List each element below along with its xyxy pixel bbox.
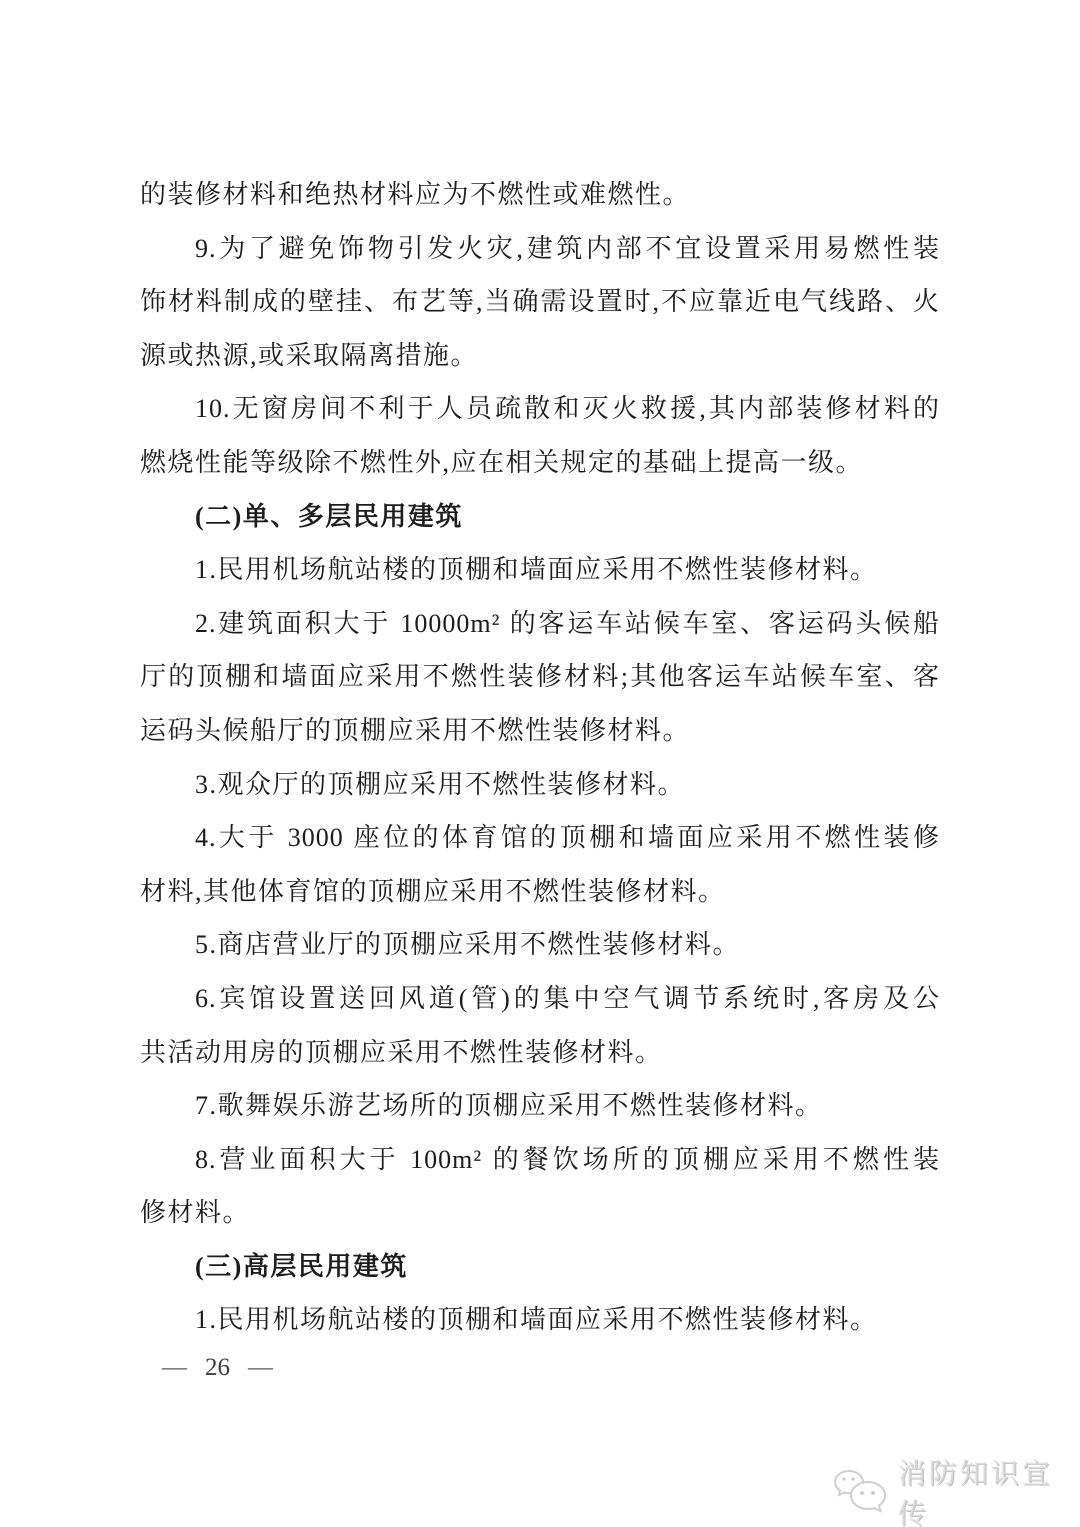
page-number: 26 [205,1348,230,1388]
text-line: 7.歌舞娱乐游艺场所的顶棚应采用不燃性装修材料。 [140,1079,940,1133]
watermark: 消防知识宣传 [832,1452,1080,1527]
text-line: 6.宾馆设置送回风道(管)的集中空气调节系统时,客房及公 [140,972,940,1026]
text-line: 共活动用房的顶棚应采用不燃性装修材料。 [140,1026,940,1080]
text-line: 5.商店营业厅的顶棚应采用不燃性装修材料。 [140,918,940,972]
text-line: 的装修材料和绝热材料应为不燃性或难燃性。 [140,168,940,222]
text-line: 10.无窗房间不利于人员疏散和灭火救援,其内部装修材料的 [140,382,940,436]
watermark-label: 消防知识宣传 [898,1452,1080,1527]
text-line: 1.民用机场航站楼的顶棚和墙面应采用不燃性装修材料。 [140,543,940,597]
wechat-chat-bubbles-icon [832,1468,888,1516]
text-line: 厅的顶棚和墙面应采用不燃性装修材料;其他客运车站候车室、客 [140,650,940,704]
page-footer: — 26 — [162,1348,273,1388]
text-line: 材料,其他体育馆的顶棚应采用不燃性装修材料。 [140,865,940,919]
text-line: 4.大于 3000 座位的体育馆的顶棚和墙面应采用不燃性装修 [140,811,940,865]
text-line: 1.民用机场航站楼的顶棚和墙面应采用不燃性装修材料。 [140,1293,940,1347]
text-line: 修材料。 [140,1186,940,1240]
footer-left-dash: — [162,1348,187,1388]
text-line: 燃烧性能等级除不燃性外,应在相关规定的基础上提高一级。 [140,436,940,490]
document-page: 的装修材料和绝热材料应为不燃性或难燃性。9.为了避免饰物引发火灾,建筑内部不宜设… [0,0,1080,1527]
text-line: 8.营业面积大于 100m² 的餐饮场所的顶棚应采用不燃性装 [140,1133,940,1187]
footer-right-dash: — [248,1348,273,1388]
text-line: 饰材料制成的壁挂、布艺等,当确需设置时,不应靠近电气线路、火 [140,275,940,329]
text-line: 源或热源,或采取隔离措施。 [140,329,940,383]
text-line: 2.建筑面积大于 10000m² 的客运车站候车室、客运码头候船 [140,597,940,651]
text-line: (二)单、多层民用建筑 [140,490,940,544]
text-line: 运码头候船厅的顶棚应采用不燃性装修材料。 [140,704,940,758]
document-body: 的装修材料和绝热材料应为不燃性或难燃性。9.为了避免饰物引发火灾,建筑内部不宜设… [140,168,940,1347]
text-line: (三)高层民用建筑 [140,1240,940,1294]
text-line: 3.观众厅的顶棚应采用不燃性装修材料。 [140,758,940,812]
text-line: 9.为了避免饰物引发火灾,建筑内部不宜设置采用易燃性装 [140,222,940,276]
